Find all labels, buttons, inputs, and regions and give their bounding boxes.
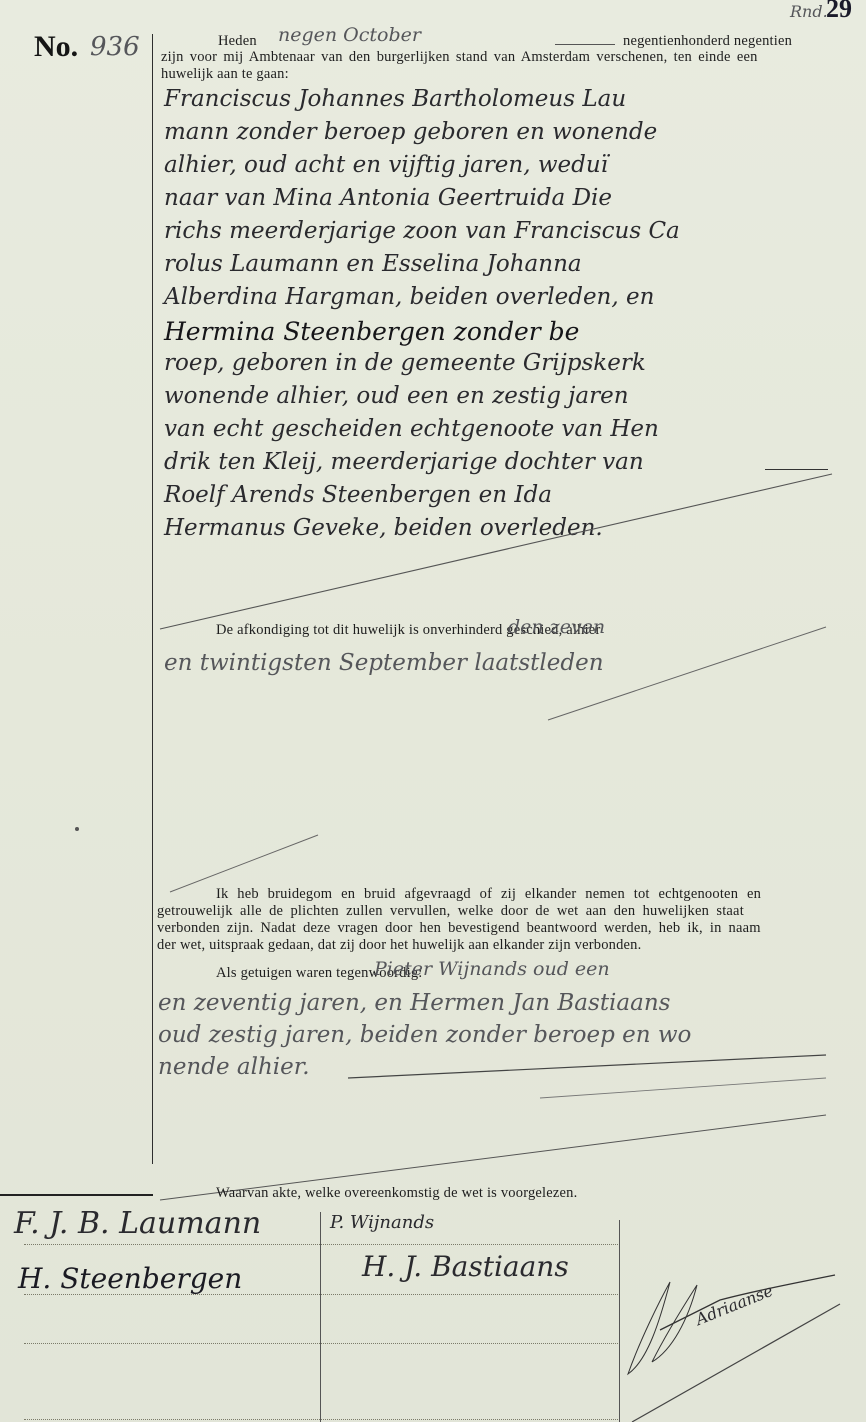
- witnesses-hand-3: oud zestig jaren, beiden zonder beroep e…: [158, 1022, 691, 1048]
- witnesses-hand-1: Pieter Wijnands oud een: [374, 958, 610, 980]
- signature-line: [24, 1419, 618, 1420]
- declaration-line-2: getrouwelijk alle de plichten zullen ver…: [157, 903, 744, 920]
- signature-line: [24, 1244, 618, 1245]
- witnesses-hand-4: nende alhier.: [158, 1054, 310, 1080]
- signature-witness-2: H. J. Bastiaans: [362, 1250, 569, 1283]
- signature-divider-2: [619, 1220, 620, 1422]
- proclamation-hand-1: den zeven: [508, 616, 605, 638]
- witnesses-hand-2: en zeventig jaren, en Hermen Jan Bastiaa…: [158, 990, 670, 1016]
- signature-line: [24, 1343, 618, 1344]
- signature-bride: H. Steenbergen: [18, 1262, 242, 1295]
- declaration-line-4: der wet, uitspraak gedaan, dat zij door …: [157, 937, 641, 954]
- proclamation-hand-2: en twintigsten September laatstleden: [164, 650, 604, 676]
- signature-witness-1: P. Wijnands: [330, 1212, 434, 1233]
- signature-groom: F. J. B. Laumann: [14, 1206, 261, 1241]
- declaration-line-3: verbonden zijn. Nadat deze vragen door h…: [157, 920, 761, 937]
- closing-printed: Waarvan akte, welke overeenkomstig de we…: [216, 1185, 577, 1202]
- declaration-line-1: Ik heb bruidegom en bruid afgevraagd of …: [216, 886, 761, 903]
- marriage-record-page: No. 936 Rnd. 29 Heden negen October nege…: [0, 0, 866, 1422]
